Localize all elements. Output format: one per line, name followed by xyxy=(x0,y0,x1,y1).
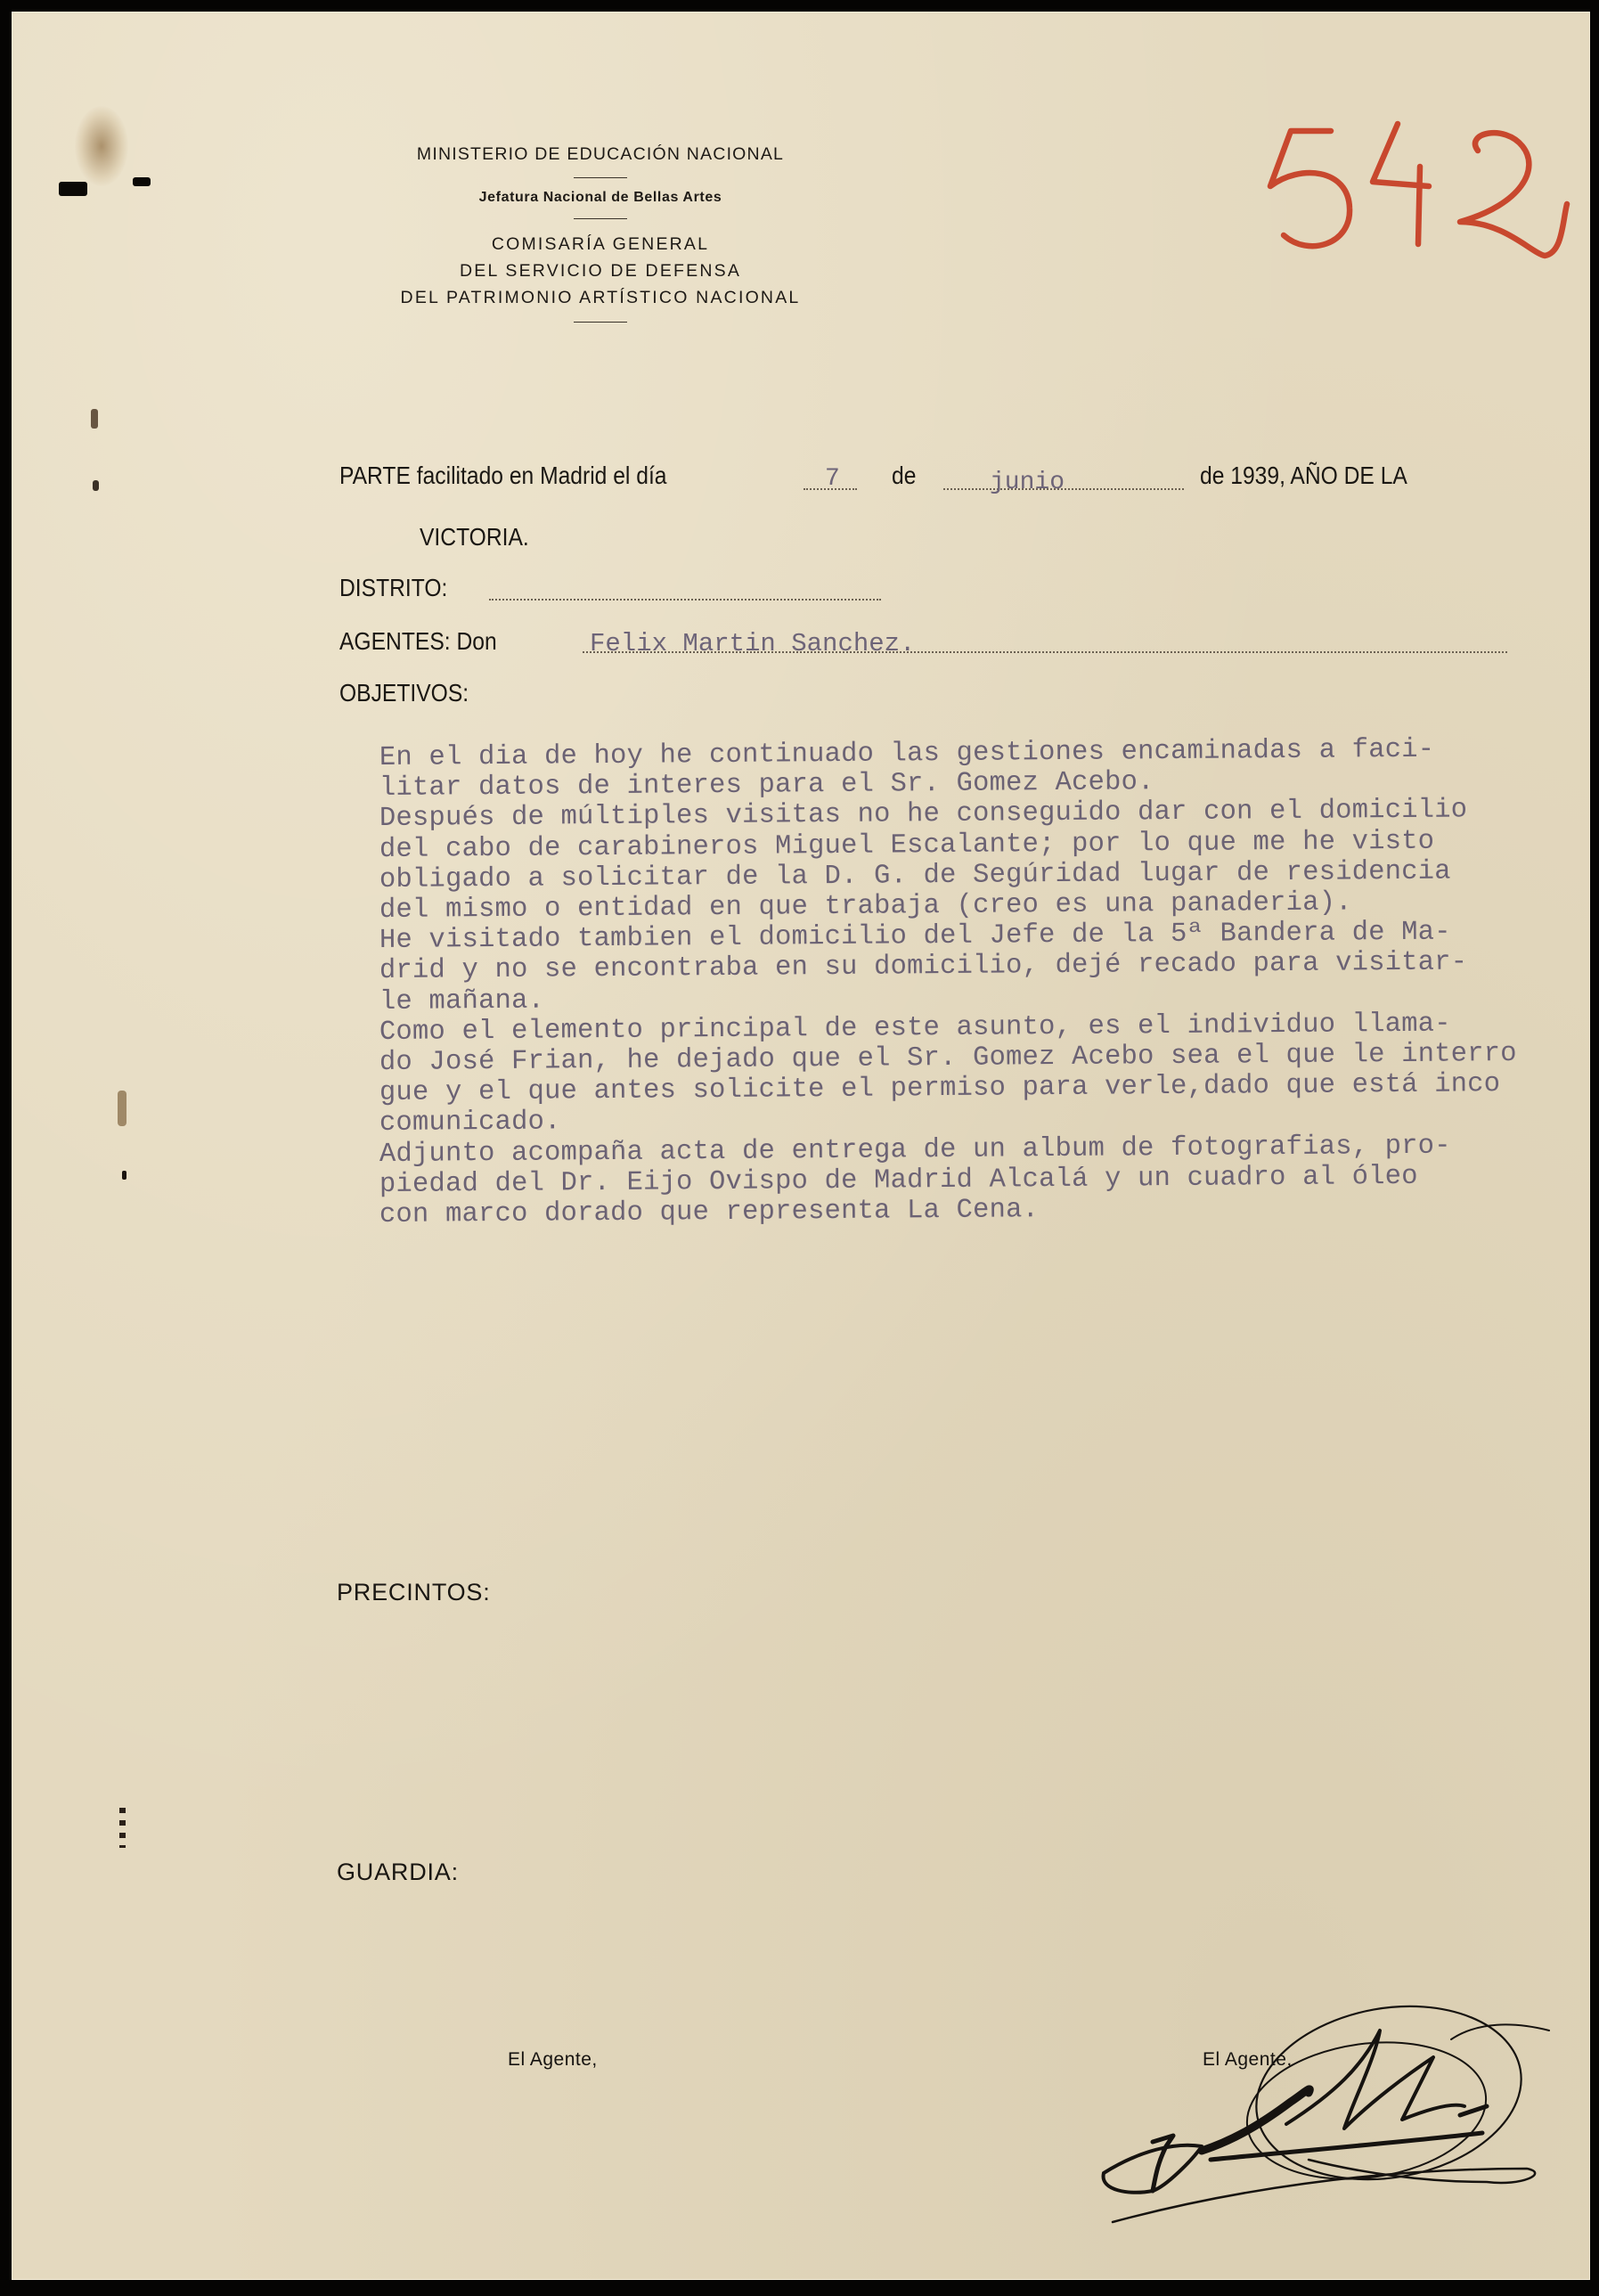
ministry-name: MINISTERIO DE EDUCACIÓN NACIONAL xyxy=(351,144,850,165)
punch-hole-top xyxy=(59,182,87,196)
handwritten-signature xyxy=(1068,1968,1567,2244)
divider xyxy=(574,177,627,178)
punch-mark-5 xyxy=(119,1808,126,1848)
burn-stain-top xyxy=(75,106,128,186)
punch-hole-top-2 xyxy=(133,177,151,186)
folio-number-542 xyxy=(1237,97,1576,266)
objetivos-label: OBJETIVOS: xyxy=(339,679,469,707)
divider xyxy=(574,322,627,323)
de-label: de xyxy=(892,462,916,490)
parte-label: PARTE facilitado en Madrid el día xyxy=(339,462,667,490)
commission-line-3: DEL PATRIMONIO ARTÍSTICO NACIONAL xyxy=(351,284,850,311)
precintos-label: PRECINTOS: xyxy=(337,1579,491,1606)
distrito-label: DISTRITO: xyxy=(339,574,447,602)
divider xyxy=(574,218,627,219)
punch-mark-2 xyxy=(93,480,99,491)
objetivos-text: En el dia de hoy he continuado las gesti… xyxy=(379,743,1517,1230)
punch-mark-4 xyxy=(122,1171,126,1180)
guardia-label: GUARDIA: xyxy=(337,1859,459,1886)
punch-mark-3 xyxy=(118,1091,126,1126)
day-value: 7 xyxy=(825,465,840,493)
victoria-label: VICTORIA. xyxy=(420,523,529,552)
distrito-field-dots xyxy=(489,599,881,601)
document-page: MINISTERIO DE EDUCACIÓN NACIONAL Jefatur… xyxy=(12,12,1590,2280)
year-label: de 1939, AÑO DE LA xyxy=(1200,462,1407,490)
agentes-label: AGENTES: Don xyxy=(339,627,497,656)
signature-label-left: El Agente, xyxy=(508,2049,598,2071)
commission-line-2: DEL SERVICIO DE DEFENSA xyxy=(351,257,850,284)
commission-line-1: COMISARÍA GENERAL xyxy=(351,231,850,257)
letterhead: MINISTERIO DE EDUCACIÓN NACIONAL Jefatur… xyxy=(351,144,850,334)
agentes-value: Felix Martin Sanchez. xyxy=(590,629,915,658)
department-name: Jefatura Nacional de Bellas Artes xyxy=(351,190,850,206)
punch-mark-1 xyxy=(91,409,98,429)
month-value: junio xyxy=(990,469,1065,496)
